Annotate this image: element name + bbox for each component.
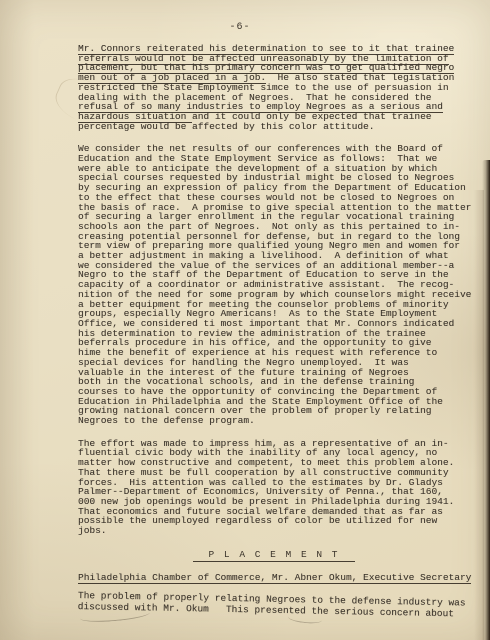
page-edge-shadow — [482, 160, 490, 640]
subheading-text: Philadelphia Chamber of Commerce, Mr. Ab… — [78, 572, 471, 584]
text-line: possible the unemployed regardless of co… — [78, 516, 470, 526]
paragraph: The problem of properly relating Negroes… — [78, 591, 470, 620]
left-edge-shading — [0, 0, 34, 640]
paragraph: Mr. Connors reiterated his determination… — [78, 44, 470, 131]
subsection-heading: Philadelphia Chamber of Commerce, Mr. Ab… — [78, 572, 470, 583]
page-number: -6- — [0, 22, 480, 33]
document-body: Mr. Connors reiterated his determination… — [78, 44, 470, 625]
document-page: -6- Mr. Connors reiterated his determina… — [0, 0, 490, 640]
text-run: possible the unemployed regardless of co… — [78, 515, 437, 526]
text-run: jobs. — [78, 525, 107, 536]
text-run: percentage would be affected by this col… — [78, 121, 374, 132]
heading-text: P L A C E M E N T — [193, 549, 356, 562]
text-line: Negroes to the defense program. — [78, 416, 470, 426]
paragraph: We consider the net results of our confe… — [78, 144, 470, 425]
text-run: Negroes to the defense program. — [78, 415, 255, 426]
section-heading-placement: P L A C E M E N T — [78, 549, 470, 560]
paragraph: The effort was made to impress him, as a… — [78, 439, 470, 536]
text-line: percentage would be affected by this col… — [78, 122, 470, 132]
text-line: jobs. — [78, 526, 470, 536]
